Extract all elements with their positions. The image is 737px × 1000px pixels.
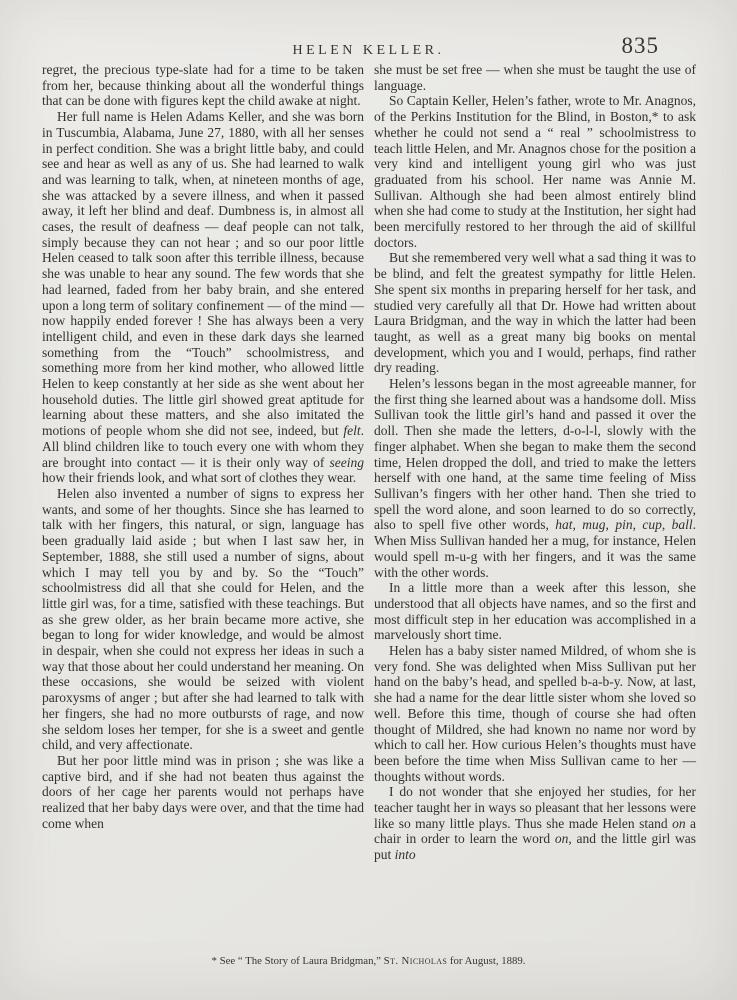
- text-columns: regret, the precious type-slate had for …: [42, 62, 696, 863]
- text-run: I do not wonder that she enjoyed her stu…: [374, 784, 696, 830]
- column-left: regret, the precious type-slate had for …: [42, 62, 364, 863]
- text-run: Helen’s lessons began in the most agreea…: [374, 376, 696, 532]
- text-run: ,: [573, 517, 583, 532]
- italic-text: on: [672, 816, 686, 831]
- text-run: ,: [633, 517, 643, 532]
- page-number: 835: [622, 33, 660, 59]
- text-run: * See “ The Story of Laura Bridgman,”: [211, 955, 383, 967]
- text-run: ,: [662, 517, 672, 532]
- text-run: Her full name is Helen Adams Keller, and…: [42, 109, 364, 438]
- text-run: But she remembered very well what a sad …: [374, 250, 696, 375]
- text-run: ,: [606, 517, 616, 532]
- italic-text: mug: [582, 517, 605, 532]
- smallcaps-text: St. Nicholas: [384, 955, 448, 967]
- paragraph: Helen has a baby sister named Mildred, o…: [374, 643, 696, 784]
- text-run: But her poor little mind was in prison ;…: [42, 753, 364, 831]
- italic-text: on: [555, 831, 569, 846]
- italic-text: pin: [615, 517, 632, 532]
- column-right: she must be set free — when she must be …: [374, 62, 696, 863]
- text-run: how their friends look, and what sort of…: [42, 470, 356, 485]
- paragraph: I do not wonder that she enjoyed her stu…: [374, 784, 696, 863]
- italic-text: felt: [343, 423, 360, 438]
- text-run: Helen has a baby sister named Mildred, o…: [374, 643, 696, 784]
- text-run: regret, the precious type-slate had for …: [42, 62, 364, 108]
- paragraph: So Captain Keller, Helen’s father, wrote…: [374, 93, 696, 250]
- text-run: In a little more than a week after this …: [374, 580, 696, 642]
- paragraph: But her poor little mind was in prison ;…: [42, 753, 364, 832]
- footnote: * See “ The Story of Laura Bridgman,” St…: [0, 955, 737, 967]
- text-run: for August, 1889.: [447, 955, 525, 967]
- italic-text: cup: [642, 517, 662, 532]
- italic-text: hat: [555, 517, 572, 532]
- scanned-book-page: HELEN KELLER. 835 regret, the precious t…: [0, 0, 737, 1000]
- text-run: So Captain Keller, Helen’s father, wrote…: [374, 93, 696, 249]
- paragraph: regret, the precious type-slate had for …: [42, 62, 364, 109]
- text-run: she must be set free — when she must be …: [374, 62, 696, 93]
- text-run: Helen also invented a number of signs to…: [42, 486, 364, 752]
- paragraph: she must be set free — when she must be …: [374, 62, 696, 93]
- italic-text: ball: [672, 517, 693, 532]
- italic-text: seeing: [330, 455, 365, 470]
- paragraph: Helen’s lessons began in the most agreea…: [374, 376, 696, 580]
- italic-text: into: [395, 847, 416, 862]
- paragraph: But she remembered very well what a sad …: [374, 250, 696, 376]
- paragraph: Helen also invented a number of signs to…: [42, 486, 364, 753]
- paragraph: Her full name is Helen Adams Keller, and…: [42, 109, 364, 486]
- paragraph: In a little more than a week after this …: [374, 580, 696, 643]
